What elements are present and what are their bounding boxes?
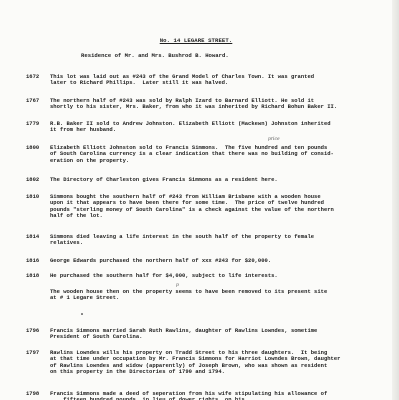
entry-text: The Directory of Charleston gives Franci…: [50, 177, 395, 183]
document-page: No. 14 LEGARE STREET. Residence of Mr. a…: [0, 0, 392, 400]
entry-year: 1797: [26, 350, 48, 356]
entry-text: Francis Simmons married Sarah Ruth Rawli…: [50, 328, 395, 341]
entry-text: The northern half of #243 was sold by Ra…: [50, 98, 395, 111]
entry-year: 1810: [26, 194, 48, 200]
entry-text: Simmons died leaving a life interest in …: [50, 234, 395, 247]
entry-text: R.B. Baker II sold to Andrew Johnston. E…: [50, 121, 395, 134]
entry-text: George Edwards purchased the northern ha…: [50, 258, 395, 264]
entry-year: 1798: [26, 391, 48, 397]
page-edge-shadow: [392, 0, 399, 400]
stray-mark: [81, 313, 83, 315]
entry-year: 1800: [26, 145, 48, 151]
document-subtitle: Residence of Mr. and Mrs. Bushrod B. How…: [81, 52, 229, 59]
document-title: No. 14 LEGARE STREET.: [0, 37, 392, 44]
entry-year: 1818: [26, 273, 48, 279]
entry-year: 1767: [26, 98, 48, 104]
entry-year: 1796: [26, 328, 48, 334]
entry-text: Simmons bought the southern half of #243…: [50, 194, 395, 220]
entry-text: This lot was laid out as #243 of the Gra…: [50, 74, 395, 87]
entry-year: 1816: [26, 258, 48, 264]
handwritten-annotation-price: price: [268, 137, 280, 142]
entry-text: Francis Simmons made a deed of seperatio…: [50, 391, 395, 400]
entry-year: 1814: [26, 234, 48, 240]
entry-text: He purchased the southern half for $4,00…: [50, 273, 395, 279]
entry-text: Rawlins Lowndes wills his property on Tr…: [50, 350, 395, 376]
entry-year: 1672: [26, 74, 48, 80]
entry-text: The wooden house then on the property se…: [50, 289, 395, 302]
entry-text: Elizabeth Elliott Johnston sold to Franc…: [50, 145, 395, 164]
entry-year: 1779: [26, 121, 48, 127]
entry-year: 1802: [26, 177, 48, 183]
